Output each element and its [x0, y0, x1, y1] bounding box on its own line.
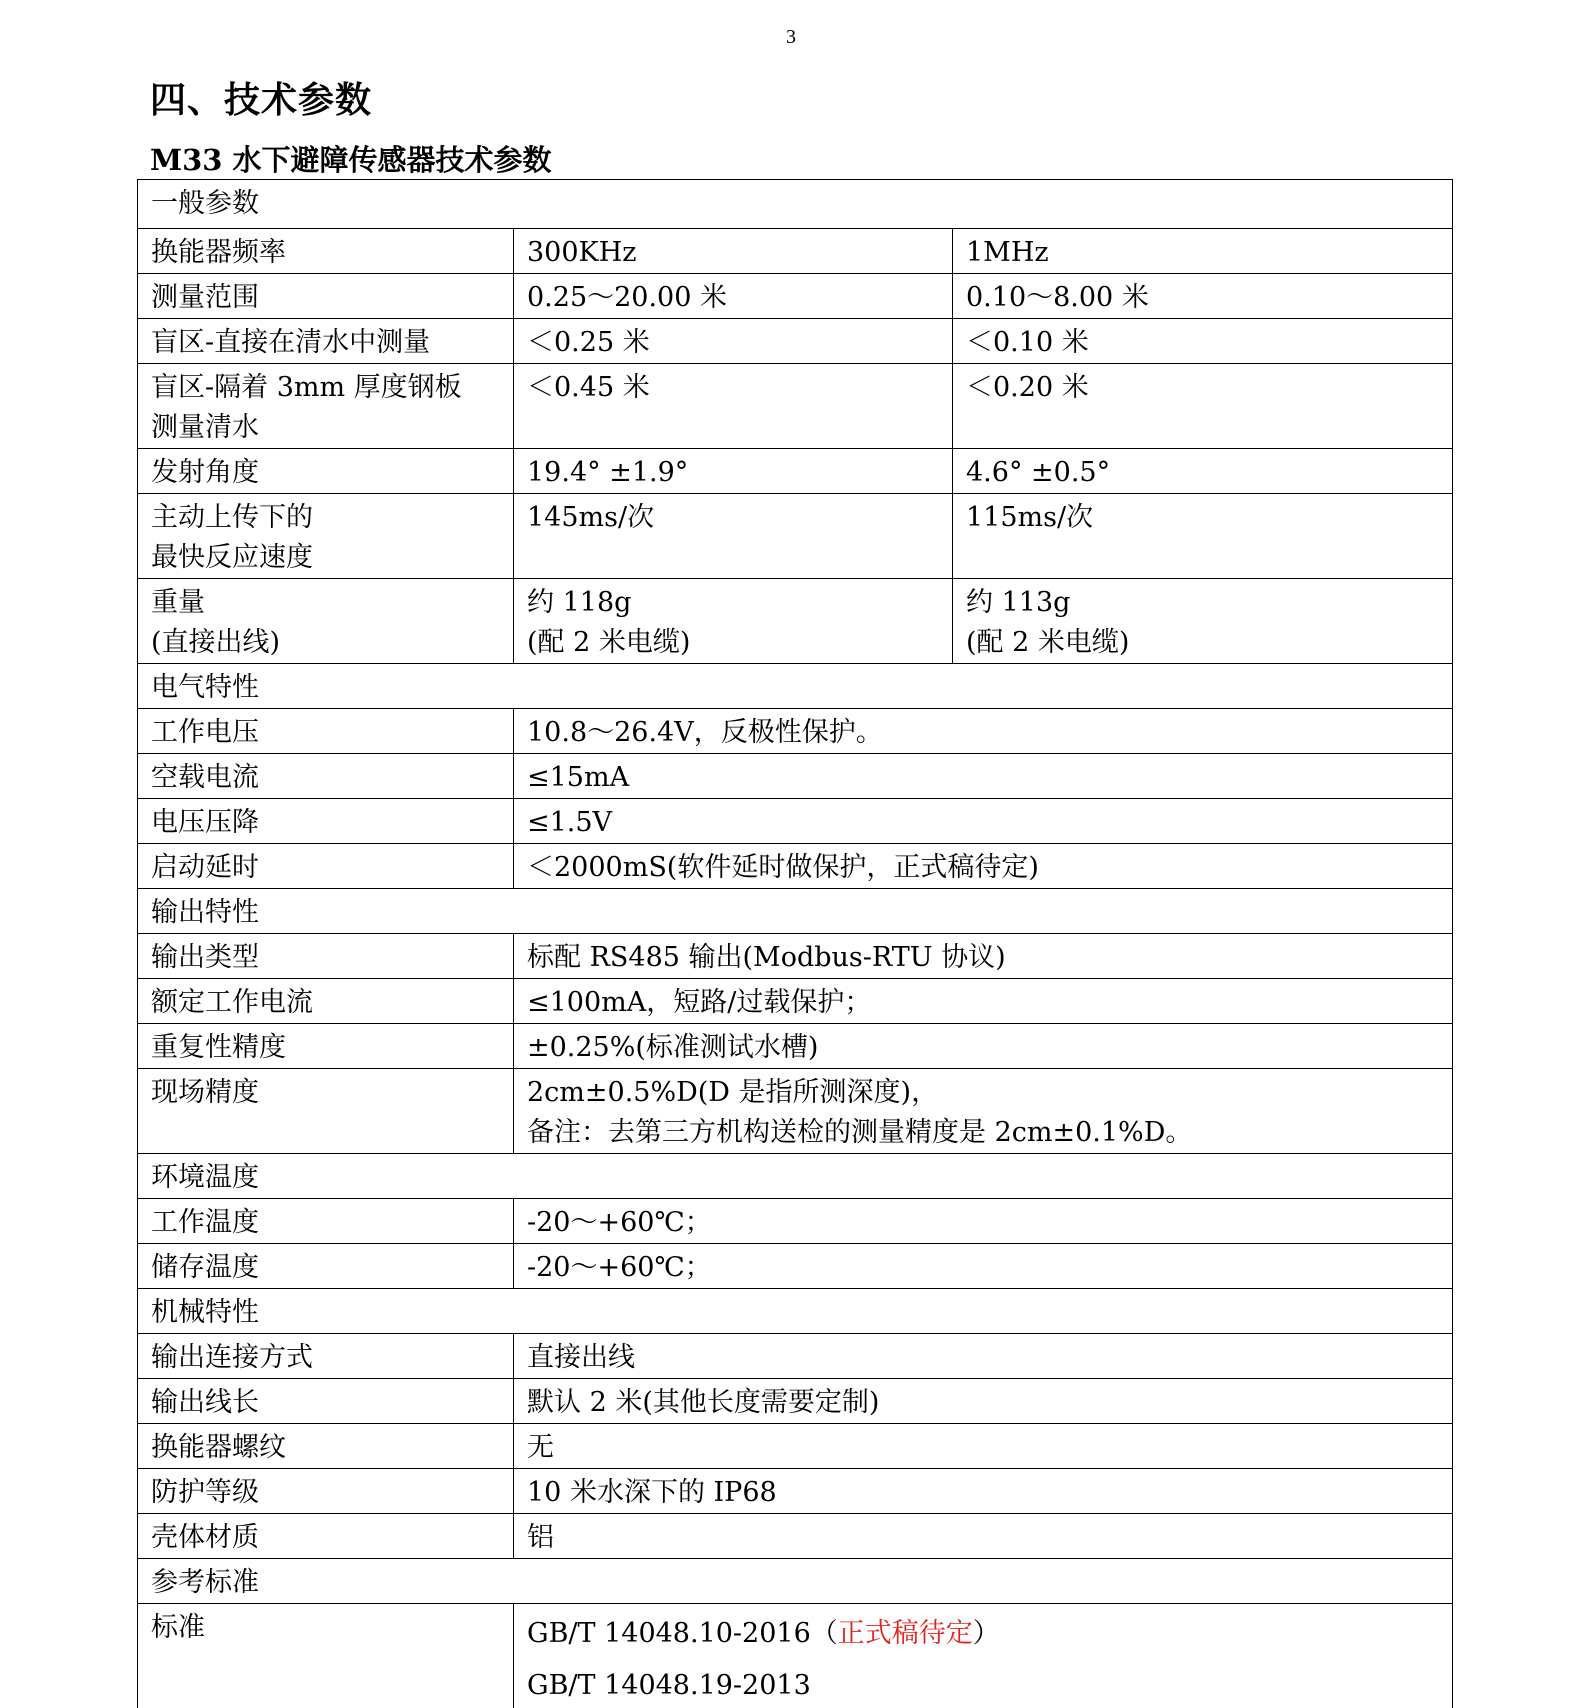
row-label: 输出连接方式	[138, 1334, 514, 1379]
row-value: ≤100mA，短路/过载保护；	[514, 979, 1453, 1024]
row-label: 换能器频率	[138, 229, 514, 274]
paren-open: （	[811, 1618, 838, 1649]
row-label: 启动延时	[138, 844, 514, 889]
value-line: (配 2 米电缆)	[527, 623, 939, 663]
table-row: 盲区-隔着 3mm 厚度钢板 测量清水 ＜0.45 米 ＜0.20 米	[138, 364, 1453, 449]
table-row: 主动上传下的 最快反应速度 145ms/次 115ms/次	[138, 494, 1453, 579]
row-value: ±0.25%(标准测试水槽)	[514, 1024, 1453, 1069]
table-row: 标准 GB/T 14048.10-2016（正式稿待定） GB/T 14048.…	[138, 1604, 1453, 1708]
row-label: 电压压降	[138, 799, 514, 844]
row-label: 壳体材质	[138, 1514, 514, 1559]
table-row: 输出线长 默认 2 米(其他长度需要定制)	[138, 1379, 1453, 1424]
standard-code: GB/T 14048.10-2016	[527, 1618, 811, 1649]
table-row: 重复性精度 ±0.25%(标准测试水槽)	[138, 1024, 1453, 1069]
value-300khz: 19.4° ±1.9°	[514, 449, 953, 494]
value-1mhz: 约 113g (配 2 米电缆)	[953, 579, 1453, 664]
row-value: ＜2000mS(软件延时做保护，正式稿待定)	[514, 844, 1453, 889]
value-1mhz: 1MHz	[953, 229, 1453, 274]
value-300khz: ＜0.25 米	[514, 319, 953, 364]
row-label-line: 最快反应速度	[151, 538, 500, 578]
table-row: 额定工作电流 ≤100mA，短路/过载保护；	[138, 979, 1453, 1024]
table-row: 换能器螺纹 无	[138, 1424, 1453, 1469]
table-row: 工作温度 -20～+60℃；	[138, 1199, 1453, 1244]
table-row: 测量范围 0.25～20.00 米 0.10～8.00 米	[138, 274, 1453, 319]
row-value: 2cm±0.5%D(D 是指所测深度)， 备注：去第三方机构送检的测量精度是 2…	[514, 1069, 1453, 1154]
value-line: 2cm±0.5%D(D 是指所测深度)，	[527, 1073, 1439, 1113]
table-row: 工作电压 10.8～26.4V，反极性保护。	[138, 709, 1453, 754]
row-label: 工作电压	[138, 709, 514, 754]
row-label: 标准	[138, 1604, 514, 1708]
row-value: ≤1.5V	[514, 799, 1453, 844]
group-header-row: 参考标准	[138, 1559, 1453, 1604]
table-row: 盲区-直接在清水中测量 ＜0.25 米 ＜0.10 米	[138, 319, 1453, 364]
table-row: 壳体材质 铝	[138, 1514, 1453, 1559]
value-line: 约 118g	[527, 583, 939, 623]
page-number: 3	[786, 26, 796, 49]
row-label: 输出类型	[138, 934, 514, 979]
value-line: (配 2 米电缆)	[966, 623, 1439, 663]
row-value: 10 米水深下的 IP68	[514, 1469, 1453, 1514]
paren-close: ）	[973, 1618, 1000, 1649]
row-value: GB/T 14048.10-2016（正式稿待定） GB/T 14048.19-…	[514, 1604, 1453, 1708]
value-1mhz: ＜0.10 米	[953, 319, 1453, 364]
group-header-row: 一般参数	[138, 180, 1453, 229]
value-300khz: 约 118g (配 2 米电缆)	[514, 579, 953, 664]
table-row: 空载电流 ≤15mA	[138, 754, 1453, 799]
group-header-general: 一般参数	[138, 180, 1453, 229]
group-header-reference: 参考标准	[138, 1559, 1453, 1604]
table-row: 换能器频率 300KHz 1MHz	[138, 229, 1453, 274]
table-row: 现场精度 2cm±0.5%D(D 是指所测深度)， 备注：去第三方机构送检的测量…	[138, 1069, 1453, 1154]
table-title: M33 水下避障传感器技术参数	[150, 138, 552, 179]
row-label: 重复性精度	[138, 1024, 514, 1069]
row-label: 额定工作电流	[138, 979, 514, 1024]
group-header-row: 机械特性	[138, 1289, 1453, 1334]
row-label: 重量 (直接出线)	[138, 579, 514, 664]
table-row: 启动延时 ＜2000mS(软件延时做保护，正式稿待定)	[138, 844, 1453, 889]
row-value: 铝	[514, 1514, 1453, 1559]
standard-line-2: GB/T 14048.19-2013	[527, 1660, 1439, 1708]
group-header-row: 输出特性	[138, 889, 1453, 934]
row-label-line: 重量	[151, 583, 500, 623]
section-heading: 四、技术参数	[150, 72, 372, 123]
row-label: 盲区-直接在清水中测量	[138, 319, 514, 364]
row-label-line: 主动上传下的	[151, 498, 500, 538]
row-label-line: (直接出线)	[151, 623, 500, 663]
row-value: 默认 2 米(其他长度需要定制)	[514, 1379, 1453, 1424]
row-label-line: 盲区-隔着 3mm 厚度钢板	[151, 368, 500, 408]
group-header-electrical: 电气特性	[138, 664, 1453, 709]
row-label: 测量范围	[138, 274, 514, 319]
row-label: 工作温度	[138, 1199, 514, 1244]
table-row: 电压压降 ≤1.5V	[138, 799, 1453, 844]
table-row: 输出连接方式 直接出线	[138, 1334, 1453, 1379]
value-1mhz: 4.6° ±0.5°	[953, 449, 1453, 494]
value-line: 约 113g	[966, 583, 1439, 623]
row-label-line: 测量清水	[151, 408, 500, 448]
value-300khz: 0.25～20.00 米	[514, 274, 953, 319]
row-value: -20～+60℃；	[514, 1199, 1453, 1244]
row-value: 直接出线	[514, 1334, 1453, 1379]
row-label: 输出线长	[138, 1379, 514, 1424]
value-1mhz: 115ms/次	[953, 494, 1453, 579]
value-1mhz: ＜0.20 米	[953, 364, 1453, 449]
value-300khz: ＜0.45 米	[514, 364, 953, 449]
row-label: 空载电流	[138, 754, 514, 799]
spec-table: 一般参数 换能器频率 300KHz 1MHz 测量范围 0.25～20.00 米…	[137, 179, 1453, 1708]
row-label: 主动上传下的 最快反应速度	[138, 494, 514, 579]
row-label: 防护等级	[138, 1469, 514, 1514]
row-value: 10.8～26.4V，反极性保护。	[514, 709, 1453, 754]
standard-line-1: GB/T 14048.10-2016（正式稿待定）	[527, 1608, 1439, 1660]
row-label: 盲区-隔着 3mm 厚度钢板 测量清水	[138, 364, 514, 449]
group-header-output: 输出特性	[138, 889, 1453, 934]
value-300khz: 300KHz	[514, 229, 953, 274]
pending-note: 正式稿待定	[838, 1618, 973, 1649]
table-row: 储存温度 -20～+60℃；	[138, 1244, 1453, 1289]
table-row: 发射角度 19.4° ±1.9° 4.6° ±0.5°	[138, 449, 1453, 494]
row-label: 换能器螺纹	[138, 1424, 514, 1469]
group-header-environment: 环境温度	[138, 1154, 1453, 1199]
group-header-mechanical: 机械特性	[138, 1289, 1453, 1334]
table-row: 重量 (直接出线) 约 118g (配 2 米电缆) 约 113g (配 2 米…	[138, 579, 1453, 664]
row-label: 储存温度	[138, 1244, 514, 1289]
table-row: 输出类型 标配 RS485 输出(Modbus-RTU 协议)	[138, 934, 1453, 979]
row-value: ≤15mA	[514, 754, 1453, 799]
value-note: 备注：去第三方机构送检的测量精度是 2cm±0.1%D。	[527, 1113, 1439, 1153]
group-header-row: 环境温度	[138, 1154, 1453, 1199]
group-header-row: 电气特性	[138, 664, 1453, 709]
table-row: 防护等级 10 米水深下的 IP68	[138, 1469, 1453, 1514]
row-label: 发射角度	[138, 449, 514, 494]
row-value: 无	[514, 1424, 1453, 1469]
row-value: -20～+60℃；	[514, 1244, 1453, 1289]
value-1mhz: 0.10～8.00 米	[953, 274, 1453, 319]
row-value: 标配 RS485 输出(Modbus-RTU 协议)	[514, 934, 1453, 979]
row-label: 现场精度	[138, 1069, 514, 1154]
value-300khz: 145ms/次	[514, 494, 953, 579]
